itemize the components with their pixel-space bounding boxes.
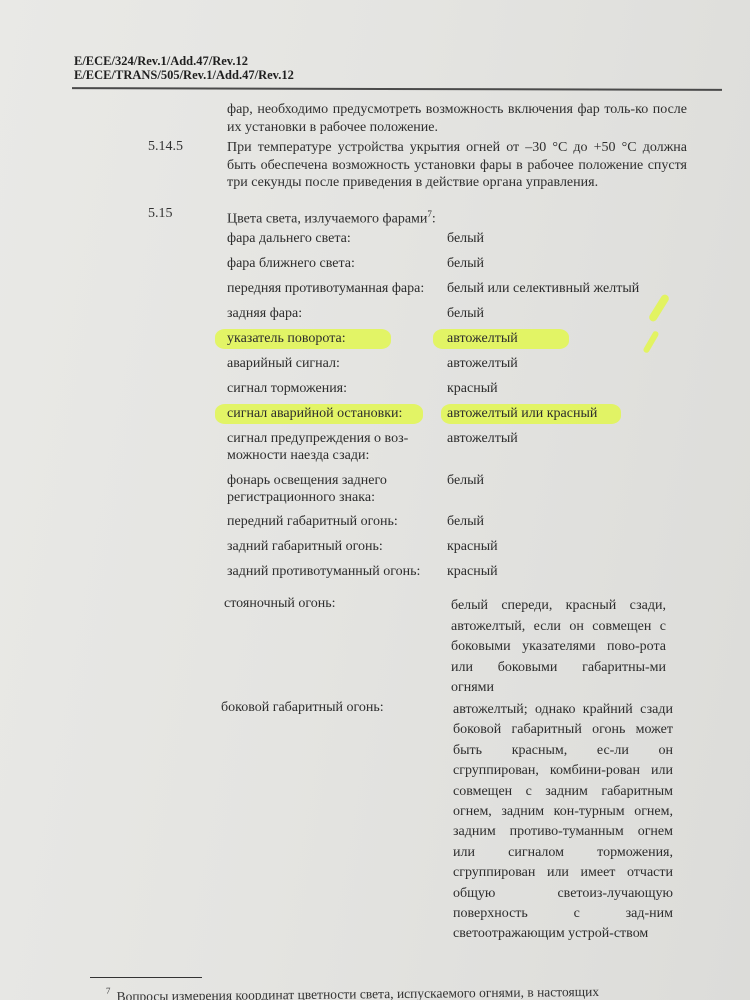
light-type-label: передний габаритный огонь: — [227, 514, 437, 531]
section-5-15-heading: Цвета света, излучаемого фарами7: — [227, 206, 687, 228]
light-color-value: красный — [447, 381, 498, 398]
light-type-label: задний габаритный огонь: — [227, 539, 437, 556]
light-type-label: передняя противотуманная фара: — [227, 281, 437, 298]
highlighter-stroke — [642, 330, 659, 354]
heading-colon: : — [432, 212, 436, 227]
light-color-value: белый — [447, 473, 484, 490]
section-5-14-5-paragraph: При температуре устройства укрытия огней… — [227, 139, 687, 192]
light-color-value: белый — [447, 306, 484, 323]
light-type-label: сигнал торможения: — [227, 381, 437, 398]
footnote-text: Вопросы измерения координат цветности св… — [116, 984, 599, 1000]
light-type-label: фонарь освещения заднего регистрационног… — [227, 473, 437, 506]
footnote: 7Вопросы измерения координат цветности с… — [106, 982, 599, 1000]
light-type-label: указатель поворота: — [227, 331, 437, 348]
light-color-value: автожелтый или красный — [447, 406, 597, 423]
section-number-5-15: 5.15 — [148, 206, 173, 222]
section-number-5-14-5: 5.14.5 — [148, 139, 183, 155]
document-symbol-header: E/ECE/324/Rev.1/Add.47/Rev.12 E/ECE/TRAN… — [74, 54, 294, 82]
light-type-label: фара дальнего света: — [227, 231, 437, 248]
continuation-text: фар, необходимо предусмотреть возможност… — [227, 101, 687, 136]
light-type-label: фара ближнего света: — [227, 256, 437, 273]
light-type-label: сигнал аварийной остановки: — [227, 406, 437, 423]
light-color-value: белый спереди, красный сзади, автожелтый… — [451, 596, 666, 699]
light-type-label: стояночный огонь: — [224, 596, 434, 613]
light-color-value: автожелтый — [447, 431, 518, 448]
continuation-paragraph: фар, необходимо предусмотреть возможност… — [227, 101, 687, 136]
document-symbol-line-1: E/ECE/324/Rev.1/Add.47/Rev.12 — [74, 54, 294, 68]
footnote-divider — [90, 977, 202, 978]
section-5-15-text: Цвета света, излучаемого фарами — [227, 212, 427, 227]
document-symbol-line-2: E/ECE/TRANS/505/Rev.1/Add.47/Rev.12 — [74, 68, 294, 82]
light-type-label: задний противотуманный огонь: — [227, 564, 437, 581]
highlighter-stroke — [648, 293, 671, 323]
light-type-label: сигнал предупреждения о воз- можности на… — [227, 431, 437, 464]
light-color-value: белый — [447, 231, 484, 248]
header-divider — [72, 87, 722, 90]
light-color-value: белый — [447, 514, 484, 531]
light-color-value: автожелтый — [447, 331, 518, 348]
light-color-value: белый или селективный желтый — [447, 281, 639, 298]
light-color-value: красный — [447, 564, 498, 581]
light-color-value: белый — [447, 256, 484, 273]
light-type-label: аварийный сигнал: — [227, 356, 437, 373]
light-color-value: автожелтый — [447, 356, 518, 373]
light-color-value: автожелтый; однако крайний сзади боковой… — [453, 700, 673, 945]
footnote-marker: 7 — [106, 986, 111, 996]
light-color-value: красный — [447, 539, 498, 556]
document-page: E/ECE/324/Rev.1/Add.47/Rev.12 E/ECE/TRAN… — [0, 0, 750, 1000]
section-5-14-5-text: При температуре устройства укрытия огней… — [227, 139, 687, 192]
light-type-label: боковой габаритный огонь: — [221, 700, 431, 717]
light-type-label: задняя фара: — [227, 306, 437, 323]
